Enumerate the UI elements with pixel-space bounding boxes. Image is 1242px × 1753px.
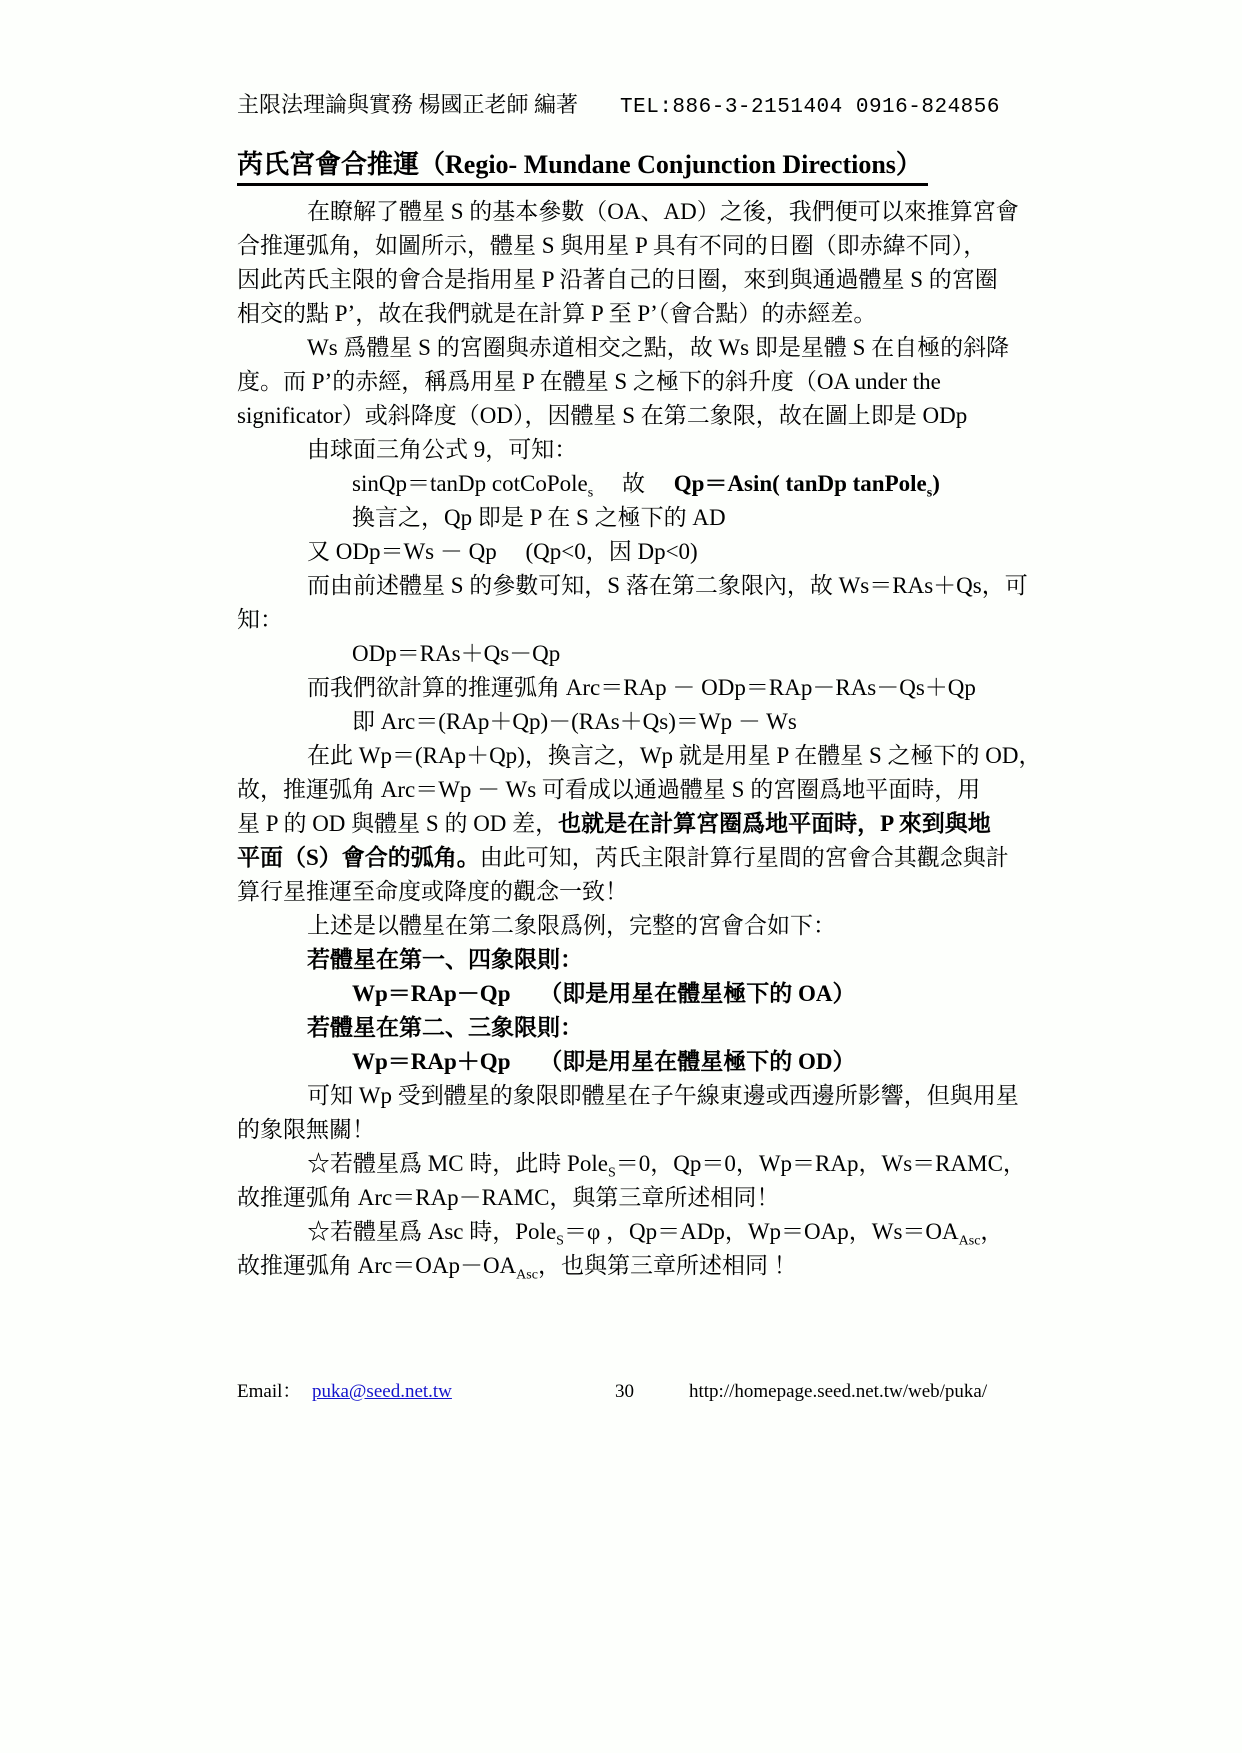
line-wp-definition: 在此 Wp＝(RAp＋Qp)，換言之，Wp 就是用星 P 在體星 S 之極下的 … (237, 739, 1227, 773)
para2-line1: Ws 爲體星 S 的宮圈與赤道相交之點，故 Ws 即是星體 S 在自極的斜降 (237, 331, 1227, 365)
para2-line3: significator）或斜降度（OD），因體星 S 在第二象限，故在圖上即是… (237, 399, 1227, 433)
para1-line1: 在瞭解了體星 S 的基本參數（OA、AD）之後，我們便可以來推算宮會 (237, 195, 1227, 229)
page-number: 30 (615, 1381, 634, 1403)
para2-line4: 由球面三角公式 9，可知： (237, 433, 1227, 467)
pole-subscript: S (556, 1234, 564, 1249)
formula-qp-mid: 故 (593, 471, 674, 496)
heading-quadrant-23: 若體星在第二、三象限則： (237, 1011, 1227, 1045)
text-segment: ☆若體星爲 Asc 時，Pole (307, 1219, 556, 1244)
text-segment: 故推運弧角 Arc＝OAp－OA (237, 1253, 516, 1278)
line-asc-case-2: 故推運弧角 Arc＝OAp－OAAsc，也與第三章所述相同 ！ (237, 1249, 1227, 1283)
text-segment: 星 P 的 OD 與體星 S 的 OD 差， (237, 811, 558, 836)
bold-segment: 平面（S）會合的弧角。 (237, 845, 480, 870)
line-qp-meaning: 換言之，Qp 即是 P 在 S 之極下的 AD (237, 501, 1227, 535)
formula-qp-lhs: sinQp＝tanDp cotCoPole (352, 471, 588, 496)
email-label: Email： (237, 1381, 301, 1403)
line-wp-note-2: 的象限無關！ (237, 1113, 1227, 1147)
para1-line2: 合推運弧角，如圖所示，體星 S 與用星 P 具有不同的日圈（即赤緯不同）， (237, 229, 1227, 263)
formula-qp: sinQp＝tanDp cotCoPoles 故 Qp＝Asin( tanDp … (237, 467, 1227, 501)
line-arc-definition: 而我們欲計算的推運弧角 Arc＝RAp － ODp＝RAp－RAs－Qs＋Qp (237, 671, 1227, 705)
formula-qp-close: ) (932, 471, 940, 496)
text-segment: 由此可知，芮氏主限計算行星間的宮會合其觀念與計 (480, 845, 1009, 870)
pole-subscript: S (608, 1166, 616, 1181)
section-title-text: 芮氏宮會合推運（Regio- Mundane Conjunction Direc… (237, 150, 928, 186)
line-arc-interp-4: 算行星推運至命度或降度的觀念一致！ (237, 875, 1227, 909)
line-arc-interp-1: 故，推運弧角 Arc＝Wp － Ws 可看成以通過體星 S 的宮圈爲地平面時，用 (237, 773, 1227, 807)
text-segment: ，也與第三章所述相同 ！ (538, 1253, 797, 1278)
homepage-url: http://homepage.seed.net.tw/web/puka/ (689, 1381, 987, 1403)
line-asc-case-1: ☆若體星爲 Asc 時，PoleS＝φ ，Qp＝ADp，Wp＝OAp，Ws＝OA… (237, 1215, 1227, 1249)
text-segment: ＝0，Qp＝0，Wp＝RAp，Ws＝RAMC， (616, 1151, 1026, 1176)
page-footer: Email： puka@seed.net.tw 30 http://homepa… (237, 1381, 1027, 1407)
formula-odp: ODp＝RAs＋Qs－Qp (237, 637, 1227, 671)
asc-subscript: Asc (516, 1268, 538, 1283)
bold-segment: 也就是在計算宮圈爲地平面時，P 來到與地 (558, 811, 991, 836)
document-content: 主限法理論與實務 楊國正老師 編著TEL:886-3-2151404 0916-… (237, 0, 1227, 1283)
line-wp-note-1: 可知 Wp 受到體星的象限即體星在子午線東邊或西邊所影響，但與用星 (237, 1079, 1227, 1113)
line-mc-case-1: ☆若體星爲 MC 時，此時 PoleS＝0，Qp＝0，Wp＝RAp，Ws＝RAM… (237, 1147, 1227, 1181)
heading-quadrant-14: 若體星在第一、四象限則： (237, 943, 1227, 977)
para1-line4: 相交的點 P’，故在我們就是在計算 P 至 P’（會合點）的赤經差。 (237, 297, 1227, 331)
para1-line3: 因此芮氏主限的會合是指用星 P 沿著自己的日圈，來到與通過體星 S 的宮圈 (237, 263, 1227, 297)
formula-arc: 即 Arc＝(RAp＋Qp)－(RAs＋Qs)＝Wp － Ws (237, 705, 1227, 739)
text-segment: ＝φ ，Qp＝ADp，Wp＝OAp，Ws＝OA (564, 1219, 959, 1244)
email-link[interactable]: puka@seed.net.tw (312, 1381, 452, 1403)
formula-qp-rhs: Qp＝Asin( tanDp tanPole (674, 471, 927, 496)
asc-subscript: Asc (959, 1234, 981, 1249)
section-title: 芮氏宮會合推運（Regio- Mundane Conjunction Direc… (237, 151, 1227, 179)
formula-wp-od: Wp＝RAp＋Qp （即是用星在體星極下的 OD） (237, 1045, 1227, 1079)
formula-odp-ws-qp: 又 ODp＝Ws － Qp (Qp<0，因 Dp<0) (237, 535, 1227, 569)
line-arc-interp-3: 平面（S）會合的弧角。由此可知，芮氏主限計算行星間的宮會合其觀念與計 (237, 841, 1227, 875)
body-text: 在瞭解了體星 S 的基本參數（OA、AD）之後，我們便可以來推算宮會 合推運弧角… (237, 195, 1227, 1283)
para2-line2: 度。而 P’的赤經，稱爲用星 P 在體星 S 之極下的斜升度（OA under … (237, 365, 1227, 399)
text-segment: ， (980, 1219, 1003, 1244)
document-page: 主限法理論與實務 楊國正老師 編著TEL:886-3-2151404 0916-… (0, 0, 1242, 1753)
phone-numbers: TEL:886-3-2151404 0916-824856 (620, 96, 1000, 119)
page-header: 主限法理論與實務 楊國正老師 編著TEL:886-3-2151404 0916-… (237, 92, 1227, 121)
course-title: 主限法理論與實務 楊國正老師 編著 (237, 92, 578, 117)
text-segment: ☆若體星爲 MC 時，此時 Pole (307, 1151, 608, 1176)
line-ws-ras-qs: 而由前述體星 S 的參數可知，S 落在第二象限內，故 Ws＝RAs＋Qs，可 (237, 569, 1227, 603)
line-arc-interp-2: 星 P 的 OD 與體星 S 的 OD 差，也就是在計算宮圈爲地平面時，P 來到… (237, 807, 1227, 841)
line-summary-intro: 上述是以體星在第二象限爲例，完整的宮會合如下： (237, 909, 1227, 943)
line-zhi: 知： (237, 603, 1227, 637)
line-mc-case-2: 故推運弧角 Arc＝RAp－RAMC，與第三章所述相同！ (237, 1181, 1227, 1215)
formula-wp-oa: Wp＝RAp－Qp （即是用星在體星極下的 OA） (237, 977, 1227, 1011)
